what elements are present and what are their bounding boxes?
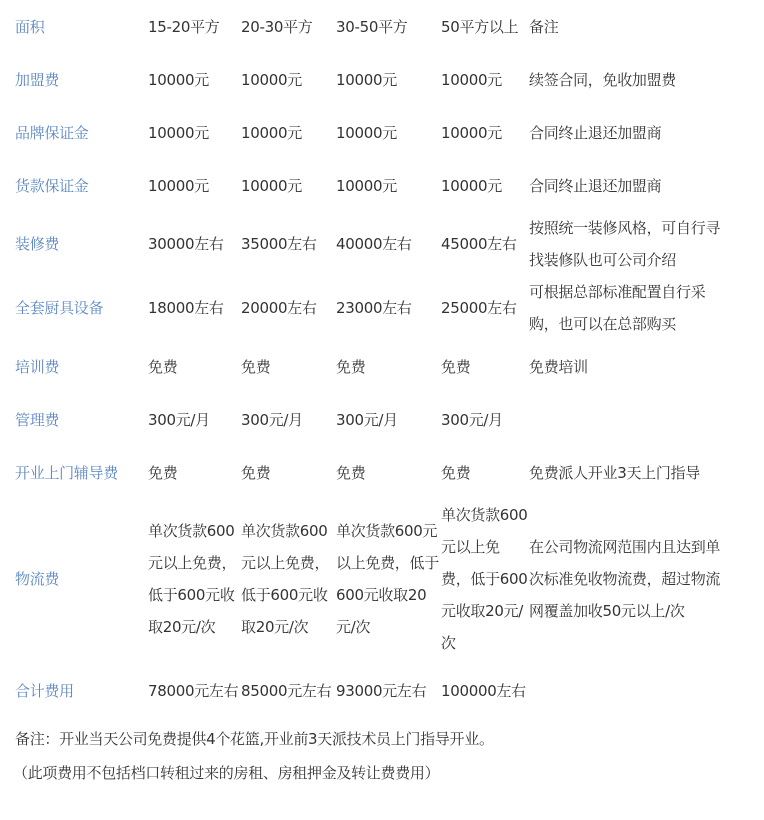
cell: 免费 bbox=[148, 446, 241, 499]
row-label: 物流费 bbox=[13, 499, 148, 659]
table-row-kitchen-equipment: 全套厨具设备 18000左右 20000左右 23000左右 25000左右 可… bbox=[13, 276, 729, 340]
cell: 300元/月 bbox=[241, 393, 336, 446]
row-label: 开业上门辅导费 bbox=[13, 446, 148, 499]
cell: 10000元 bbox=[336, 53, 441, 106]
row-note: 可根据总部标准配置自行采购，也可以在总部购买 bbox=[529, 276, 729, 340]
cell: 免费 bbox=[241, 446, 336, 499]
cell: 25000左右 bbox=[441, 276, 529, 340]
header-col-50plus: 50平方以上 bbox=[441, 0, 529, 53]
cell: 30000左右 bbox=[148, 212, 241, 276]
cell: 93000元左右 bbox=[336, 659, 441, 723]
cell: 10000元 bbox=[241, 106, 336, 159]
cell: 45000左右 bbox=[441, 212, 529, 276]
row-note: 续签合同，免收加盟费 bbox=[529, 53, 729, 106]
cell: 10000元 bbox=[241, 53, 336, 106]
cell: 10000元 bbox=[148, 106, 241, 159]
table-row-decoration-fee: 装修费 30000左右 35000左右 40000左右 45000左右 按照统一… bbox=[13, 212, 729, 276]
cell: 85000元左右 bbox=[241, 659, 336, 723]
cell: 10000元 bbox=[336, 159, 441, 212]
table-row-brand-deposit: 品牌保证金 10000元 10000元 10000元 10000元 合同终止退还… bbox=[13, 106, 729, 159]
table-row-payment-deposit: 货款保证金 10000元 10000元 10000元 10000元 合同终止退还… bbox=[13, 159, 729, 212]
row-label: 品牌保证金 bbox=[13, 106, 148, 159]
cell: 10000元 bbox=[336, 106, 441, 159]
cell: 免费 bbox=[336, 446, 441, 499]
cell: 10000元 bbox=[441, 53, 529, 106]
row-label: 培训费 bbox=[13, 340, 148, 393]
page: 面积 15-20平方 20-30平方 30-50平方 50平方以上 备注 加盟费… bbox=[0, 0, 764, 820]
cell: 35000左右 bbox=[241, 212, 336, 276]
cell: 300元/月 bbox=[441, 393, 529, 446]
table-header-row: 面积 15-20平方 20-30平方 30-50平方 50平方以上 备注 bbox=[13, 0, 729, 53]
row-label: 合计费用 bbox=[13, 659, 148, 723]
table-row-logistics-fee: 物流费 单次货款600元以上免费，低于600元收取20元/次 单次货款600元以… bbox=[13, 499, 729, 659]
cell: 23000左右 bbox=[336, 276, 441, 340]
cell: 单次货款600元以上免费，低于600元收取20元/次 bbox=[441, 499, 529, 659]
cell: 免费 bbox=[441, 340, 529, 393]
cell: 10000元 bbox=[441, 159, 529, 212]
row-label: 全套厨具设备 bbox=[13, 276, 148, 340]
row-label: 管理费 bbox=[13, 393, 148, 446]
cell: 单次货款600元以上免费，低于600元收取20元/次 bbox=[336, 499, 441, 659]
cell: 100000左右 bbox=[441, 659, 529, 723]
cell: 78000元左右 bbox=[148, 659, 241, 723]
cell: 单次货款600元以上免费，低于600元收取20元/次 bbox=[148, 499, 241, 659]
cell: 300元/月 bbox=[336, 393, 441, 446]
franchise-fee-table: 面积 15-20平方 20-30平方 30-50平方 50平方以上 备注 加盟费… bbox=[13, 0, 729, 723]
cell: 10000元 bbox=[148, 53, 241, 106]
row-label: 货款保证金 bbox=[13, 159, 148, 212]
cell: 免费 bbox=[441, 446, 529, 499]
table-row-training-fee: 培训费 免费 免费 免费 免费 免费培训 bbox=[13, 340, 729, 393]
cell: 免费 bbox=[148, 340, 241, 393]
row-note: 合同终止退还加盟商 bbox=[529, 159, 729, 212]
cell: 40000左右 bbox=[336, 212, 441, 276]
footnote-exclusion: （此项费用不包括档口转租过来的房租、房租押金及转让费费用） bbox=[13, 762, 439, 783]
header-col-15-20: 15-20平方 bbox=[148, 0, 241, 53]
table-row-opening-guidance-fee: 开业上门辅导费 免费 免费 免费 免费 免费派人开业3天上门指导 bbox=[13, 446, 729, 499]
row-note: 免费培训 bbox=[529, 340, 729, 393]
row-note bbox=[529, 659, 729, 723]
cell: 10000元 bbox=[241, 159, 336, 212]
header-col-30-50: 30-50平方 bbox=[336, 0, 441, 53]
row-note: 免费派人开业3天上门指导 bbox=[529, 446, 729, 499]
cell: 20000左右 bbox=[241, 276, 336, 340]
table-row-total: 合计费用 78000元左右 85000元左右 93000元左右 100000左右 bbox=[13, 659, 729, 723]
header-col-note: 备注 bbox=[529, 0, 729, 53]
table-row-management-fee: 管理费 300元/月 300元/月 300元/月 300元/月 bbox=[13, 393, 729, 446]
row-note: 在公司物流网范围内且达到单次标准免收物流费，超过物流网覆盖加收50元以上/次 bbox=[529, 499, 729, 659]
cell: 300元/月 bbox=[148, 393, 241, 446]
cell: 单次货款600元以上免费，低于600元收取20元/次 bbox=[241, 499, 336, 659]
cell: 10000元 bbox=[148, 159, 241, 212]
cell: 免费 bbox=[241, 340, 336, 393]
table-row-franchise-fee: 加盟费 10000元 10000元 10000元 10000元 续签合同，免收加… bbox=[13, 53, 729, 106]
header-col-20-30: 20-30平方 bbox=[241, 0, 336, 53]
row-label: 装修费 bbox=[13, 212, 148, 276]
row-note: 按照统一装修风格，可自行寻找装修队也可公司介绍 bbox=[529, 212, 729, 276]
cell: 18000左右 bbox=[148, 276, 241, 340]
row-note bbox=[529, 393, 729, 446]
row-note: 合同终止退还加盟商 bbox=[529, 106, 729, 159]
header-label-area: 面积 bbox=[13, 0, 148, 53]
cell: 10000元 bbox=[441, 106, 529, 159]
cell: 免费 bbox=[336, 340, 441, 393]
row-label: 加盟费 bbox=[13, 53, 148, 106]
footnote-remark: 备注：开业当天公司免费提供4个花篮,开业前3天派技术员上门指导开业。 bbox=[15, 728, 494, 749]
